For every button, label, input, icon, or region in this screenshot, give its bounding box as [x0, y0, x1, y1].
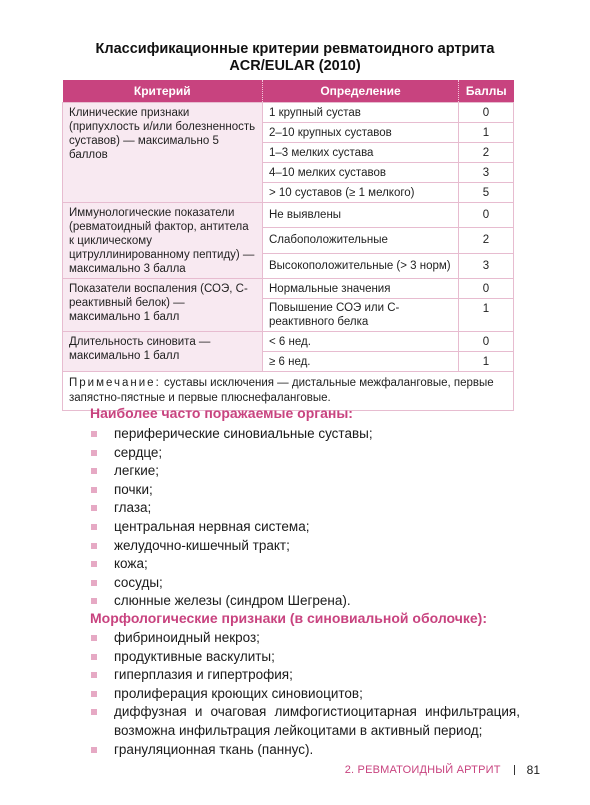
square-bullet-icon [91, 450, 97, 456]
list-item: сердце; [90, 444, 520, 463]
definition-cell: Высокоположительные (> 3 норм) [263, 253, 459, 278]
definition-cell: 1 крупный сустав [263, 103, 459, 123]
list-item-text: периферические синовиальные суставы; [114, 426, 373, 441]
points-cell: 0 [459, 279, 514, 299]
list-item-text: диффузная и очаговая лимфогистиоцитарная… [114, 704, 520, 738]
square-bullet-icon [91, 598, 97, 604]
definition-cell: 4–10 мелких суставов [263, 163, 459, 183]
table-row: Длительность синовита — максимально 1 ба… [63, 332, 514, 352]
list-item: центральная нервная система; [90, 518, 520, 537]
square-bullet-icon [91, 635, 97, 641]
page-footer: 2. РЕВМАТОИДНЫЙ АРТРИТ 81 [345, 763, 540, 777]
table-header-row: Критерий Определение Баллы [63, 80, 514, 103]
footer-divider [514, 765, 515, 775]
table-title-line2: ACR/EULAR (2010) [60, 58, 530, 75]
list-item-text: кожа; [114, 556, 148, 571]
header-definition: Определение [263, 80, 459, 103]
table-row: Иммунологические показатели (ревматоидны… [63, 203, 514, 228]
table-row: Клинические признаки (припухлость и/или … [63, 103, 514, 123]
points-cell: 1 [459, 123, 514, 143]
list-item: грануляционная ткань (паннус). [90, 741, 520, 760]
square-bullet-icon [91, 654, 97, 660]
header-criterion: Критерий [63, 80, 263, 103]
chapter-title: 2. РЕВМАТОИДНЫЙ АРТРИТ [345, 764, 501, 776]
organs-heading: Наиболее часто поражаемые органы: [90, 405, 353, 421]
points-cell: 3 [459, 163, 514, 183]
points-cell: 0 [459, 332, 514, 352]
points-cell: 5 [459, 183, 514, 203]
square-bullet-icon [91, 672, 97, 678]
list-item-text: легкие; [114, 463, 159, 478]
list-item: сосуды; [90, 574, 520, 593]
list-item-text: сосуды; [114, 575, 163, 590]
points-cell: 1 [459, 299, 514, 332]
page-number: 81 [527, 763, 540, 777]
list-item: почки; [90, 481, 520, 500]
list-item-text: пролиферация кроющих синовиоцитов; [114, 686, 363, 701]
criterion-cell: Иммунологические показатели (ревматоидны… [63, 203, 263, 279]
points-cell: 2 [459, 143, 514, 163]
list-item: слюнные железы (синдром Шегрена). [90, 592, 520, 611]
points-cell: 0 [459, 103, 514, 123]
definition-cell: Слабоположительные [263, 228, 459, 253]
list-item-text: слюнные железы (синдром Шегрена). [114, 593, 351, 608]
list-item-text: центральная нервная система; [114, 519, 309, 534]
header-points: Баллы [459, 80, 514, 103]
list-item: кожа; [90, 555, 520, 574]
morphology-list: фибриноидный некроз; продуктивные васкул… [90, 629, 520, 759]
points-cell: 1 [459, 352, 514, 372]
square-bullet-icon [91, 709, 97, 715]
square-bullet-icon [91, 747, 97, 753]
list-item-text: сердце; [114, 445, 162, 460]
table-row: Показатели воспаления (СОЭ, С-реактивный… [63, 279, 514, 299]
points-cell: 2 [459, 228, 514, 253]
table-title-line1: Классификационные критерии ревматоидного… [60, 41, 530, 58]
table-title: Классификационные критерии ревматоидного… [60, 41, 530, 75]
list-item: периферические синовиальные суставы; [90, 425, 520, 444]
note-label: Примечание: [69, 377, 161, 389]
points-cell: 0 [459, 203, 514, 228]
square-bullet-icon [91, 505, 97, 511]
square-bullet-icon [91, 524, 97, 530]
list-item-text: фибриноидный некроз; [114, 630, 260, 645]
definition-cell: > 10 суставов (≥ 1 мелкого) [263, 183, 459, 203]
list-item: продуктивные васкулиты; [90, 648, 520, 667]
definition-cell: 1–3 мелких сустава [263, 143, 459, 163]
definition-cell: < 6 нед. [263, 332, 459, 352]
definition-cell: Нормальные значения [263, 279, 459, 299]
list-item-text: глаза; [114, 500, 151, 515]
criteria-table: Критерий Определение Баллы Клинические п… [62, 80, 514, 411]
square-bullet-icon [91, 561, 97, 567]
square-bullet-icon [91, 691, 97, 697]
list-item: пролиферация кроющих синовиоцитов; [90, 685, 520, 704]
definition-cell: Повышение СОЭ или С-реактивного белка [263, 299, 459, 332]
list-item-text: грануляционная ткань (паннус). [114, 742, 313, 757]
square-bullet-icon [91, 543, 97, 549]
list-item-text: гиперплазия и гипертрофия; [114, 667, 293, 682]
list-item: гиперплазия и гипертрофия; [90, 666, 520, 685]
list-item: глаза; [90, 499, 520, 518]
list-item-text: желудочно-кишечный тракт; [114, 538, 290, 553]
criterion-cell: Показатели воспаления (СОЭ, С-реактивный… [63, 279, 263, 332]
list-item-text: почки; [114, 482, 153, 497]
list-item: фибриноидный некроз; [90, 629, 520, 648]
points-cell: 3 [459, 253, 514, 278]
square-bullet-icon [91, 468, 97, 474]
organs-list: периферические синовиальные суставы; сер… [90, 425, 520, 611]
criterion-cell: Клинические признаки (припухлость и/или … [63, 103, 263, 203]
list-item-text: продуктивные васкулиты; [114, 649, 275, 664]
square-bullet-icon [91, 487, 97, 493]
definition-cell: Не выявлены [263, 203, 459, 228]
criterion-cell: Длительность синовита — максимально 1 ба… [63, 332, 263, 372]
list-item: диффузная и очаговая лимфогистиоцитарная… [90, 703, 520, 740]
list-item: легкие; [90, 462, 520, 481]
square-bullet-icon [91, 580, 97, 586]
definition-cell: 2–10 крупных суставов [263, 123, 459, 143]
square-bullet-icon [91, 431, 97, 437]
morphology-heading: Морфологические признаки (в синовиальной… [90, 610, 487, 626]
list-item: желудочно-кишечный тракт; [90, 537, 520, 556]
definition-cell: ≥ 6 нед. [263, 352, 459, 372]
